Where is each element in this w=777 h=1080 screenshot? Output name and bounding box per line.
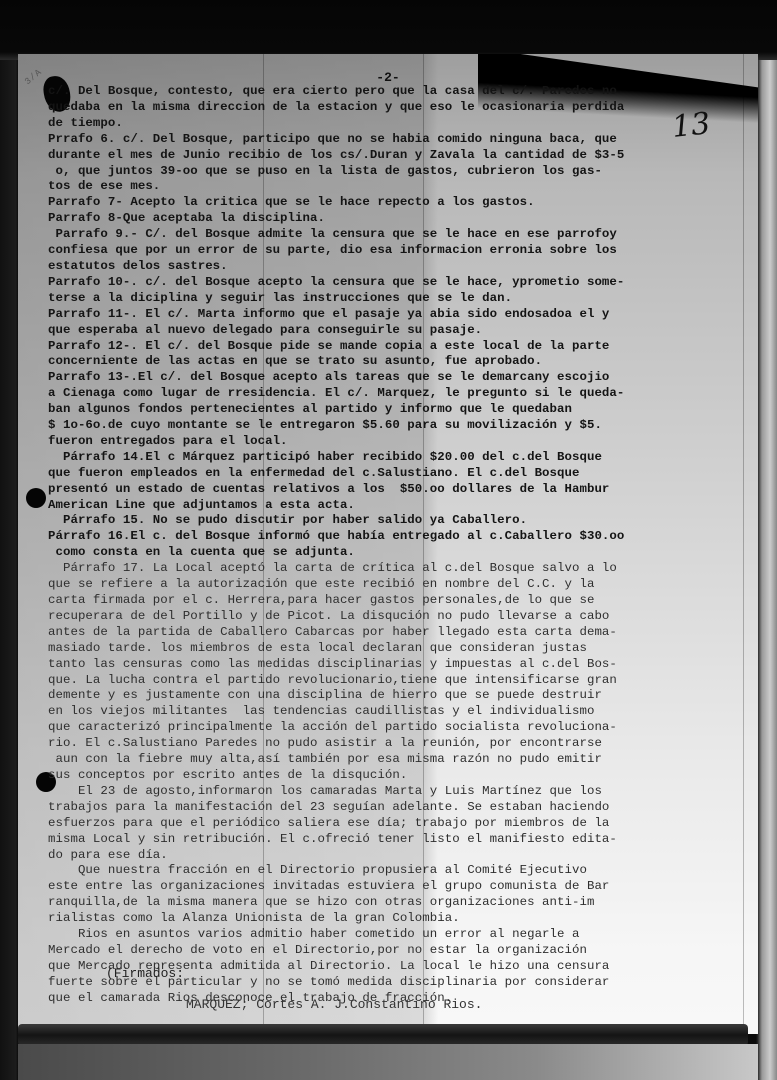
text-line: rialistas como la Alanza Unionista de la… xyxy=(48,911,748,927)
text-line: fueron entregados para el local. xyxy=(48,434,748,450)
text-line: estatutos delos sastres. xyxy=(48,259,748,275)
text-line: masiado tarde. los miembros de esta loca… xyxy=(48,641,748,657)
text-line: Parrafo 7- Acepto la critica que se le h… xyxy=(48,195,748,211)
text-line: que se refiere a la autorización que est… xyxy=(48,577,748,593)
text-line: en los viejos militantes las tendencias … xyxy=(48,704,748,720)
text-line: Parrafo 8-Que aceptaba la disciplina. xyxy=(48,211,748,227)
text-line: Parrafo 13-.El c/. del Bosque acepto als… xyxy=(48,370,748,386)
text-line: Parrafo 10-. c/. del Bosque acepto la ce… xyxy=(48,275,748,291)
text-line: Parrafo 12-. El c/. del Bosque pide se m… xyxy=(48,339,748,355)
text-line: Párrafo 14.El c Márquez participó haber … xyxy=(48,450,748,466)
text-line: concerniente de las actas en que se trat… xyxy=(48,354,748,370)
text-line: que caracterizó principalmente la acción… xyxy=(48,720,748,736)
text-line: terse a la diciplina y seguir las instru… xyxy=(48,291,748,307)
text-line: recuperara de del Portillo y de Picot. L… xyxy=(48,609,748,625)
text-line: Párrafo 17. La Local aceptó la carta de … xyxy=(48,561,748,577)
text-line: confiesa que por un error de su parte, d… xyxy=(48,243,748,259)
text-line: ranquilla,de la misma manera que se hizo… xyxy=(48,895,748,911)
text-line: durante el mes de Junio recibio de los c… xyxy=(48,148,748,164)
text-line: que esperaba al nuevo delegado para cons… xyxy=(48,323,748,339)
text-line: a Cienaga como lugar de rresidencia. El … xyxy=(48,386,748,402)
page-number: -2- xyxy=(18,70,758,85)
text-line: este entre las organizaciones invitadas … xyxy=(48,879,748,895)
text-line: Rios en asuntos varios admitio haber com… xyxy=(48,927,748,943)
text-line: Parrafo 11-. El c/. Marta informo que el… xyxy=(48,307,748,323)
text-line: quedaba en la misma direccion de la esta… xyxy=(48,100,748,116)
text-line: Que nuestra fracción en el Directorio pr… xyxy=(48,863,748,879)
text-line: de tiempo. xyxy=(48,116,748,132)
text-line: do para ese día. xyxy=(48,848,748,864)
text-line: Mercado el derecho de voto en el Directo… xyxy=(48,943,748,959)
text-line: trabajos para la manifestación del 23 se… xyxy=(48,800,748,816)
text-line: $ 1o-6o.de cuyo montante se le entregaro… xyxy=(48,418,748,434)
text-line: Parrafo 9.- C/. del Bosque admite la cen… xyxy=(48,227,748,243)
text-line: American Line que adjuntamos a esta acta… xyxy=(48,498,748,514)
text-line: sus conceptos por escrito antes de la di… xyxy=(48,768,748,784)
text-line: misma Local y sin retribución. El c.ofre… xyxy=(48,832,748,848)
text-line: antes de la partida de Caballero Cabarca… xyxy=(48,625,748,641)
underlying-page xyxy=(18,1044,758,1080)
signature-label: (Firmados: xyxy=(106,966,184,981)
text-line: ban algunos fondos pertenecientes al par… xyxy=(48,402,748,418)
text-line: tos de ese mes. xyxy=(48,179,748,195)
text-line: presentó un estado de cuentas relativos … xyxy=(48,482,748,498)
text-line: demente y es justamente con una discipli… xyxy=(48,688,748,704)
text-line: Párrafo 15. No se pudo discutir por habe… xyxy=(48,513,748,529)
text-line: carta firmada por el c. Herrera,para hac… xyxy=(48,593,748,609)
document-body: c/. Del Bosque, contesto, que era cierto… xyxy=(48,84,748,1007)
typewritten-page: 3/A -2- 13 c/. Del Bosque, contesto, que… xyxy=(18,54,758,1034)
text-line: Prrafo 6. c/. Del Bosque, participo que … xyxy=(48,132,748,148)
punch-hole xyxy=(26,488,46,508)
text-line: esfuerzos para que el periódico saliera … xyxy=(48,816,748,832)
text-line: que fueron empleados en la enfermedad de… xyxy=(48,466,748,482)
page-bottom-edge xyxy=(18,1024,748,1046)
text-line: como consta en la cuenta que se adjunta. xyxy=(48,545,748,561)
text-line: o, que juntos 39-oo que se puso en la li… xyxy=(48,164,748,180)
text-line: c/. Del Bosque, contesto, que era cierto… xyxy=(48,84,748,100)
text-line: Párrafo 16.El c. del Bosque informó que … xyxy=(48,529,748,545)
text-line: rio. El c.Salustiano Paredes no pudo asi… xyxy=(48,736,748,752)
signature-names: MARQUEZ; Cortes A. J.Constantino Rios. xyxy=(186,997,482,1012)
text-line: El 23 de agosto,informaron los camaradas… xyxy=(48,784,748,800)
text-line: aun con la fiebre muy alta,así también p… xyxy=(48,752,748,768)
text-line: tanto las censuras como las medidas disc… xyxy=(48,657,748,673)
text-line: que. La lucha contra el partido revoluci… xyxy=(48,673,748,689)
